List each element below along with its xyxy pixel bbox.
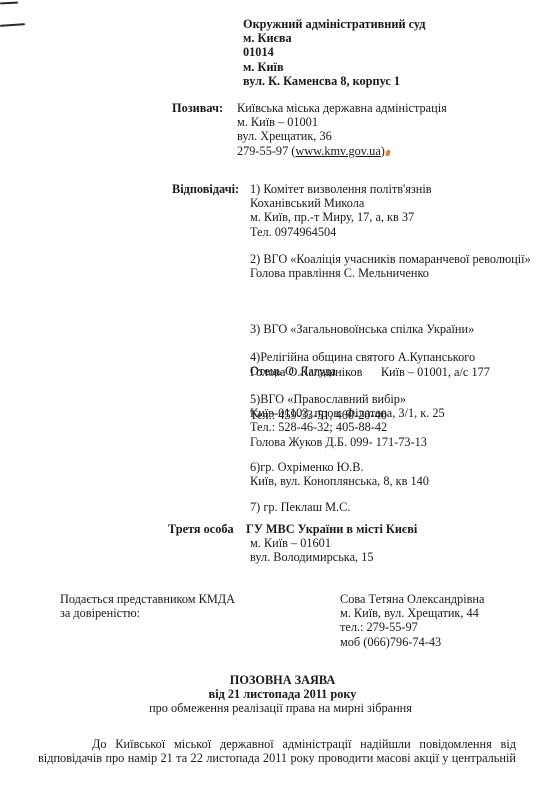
plaintiff-phone: 279-55-97 — [237, 144, 288, 158]
defendant-line: 3) ВГО «Загальновоїнська спілка України» — [250, 322, 490, 336]
court-name: Окружний адміністративний суд — [243, 17, 426, 31]
representative-note: за довіреністю: — [60, 606, 235, 620]
representative-phone: тел.: 279-55-97 — [340, 620, 484, 634]
defendant-line: Тел.: 528-46-32; 405-88-42 — [250, 420, 445, 434]
defendant-line: Київ-01103, пров. Філатова, 3/1, к. 25 — [250, 406, 445, 420]
representative-name: Сова Тетяна Олександрівна — [340, 592, 484, 606]
third-party-label: Третя особа — [168, 522, 234, 536]
third-party-line: вул. Володимирська, 15 — [250, 550, 417, 564]
court-city-line: м. Києва — [243, 31, 426, 45]
defendant-line: м. Київ, пр.-т Миру, 17, а, кв 37 — [250, 210, 432, 224]
court-city: м. Київ — [243, 60, 426, 74]
defendant-line: Голова правління С. Мельниченко — [250, 266, 531, 280]
plaintiff-line: вул. Хрещатик, 36 — [237, 129, 447, 143]
defendant-5: 5)ВГО «Православний вибір» Київ-01103, п… — [250, 392, 445, 449]
defendant-7: 7) гр. Пеклаш М.С. — [250, 500, 350, 514]
defendant-1: 1) Комітет визволення політв'язнів Кохан… — [250, 182, 432, 239]
pen-mark-top — [0, 2, 18, 5]
court-address: вул. К. Каменсва 8, корпус 1 — [243, 74, 426, 88]
defendant-4: 4)Релігійна община святого А.Купанського… — [250, 350, 475, 378]
document-subject: про обмеження реалізації права на мирні … — [0, 701, 553, 715]
defendant-line: 6)гр. Охріменко Ю.В. — [250, 460, 429, 474]
court-block: Окружний адміністративний суд м. Києва 0… — [243, 17, 426, 88]
plaintiff-line: м. Київ – 01001 — [237, 115, 447, 129]
plaintiff-line: Київська міська державна адміністрація — [237, 101, 447, 115]
representative-left: Подається представником КМДА за довірені… — [60, 592, 235, 620]
defendant-line: 5)ВГО «Православний вибір» — [250, 392, 445, 406]
plaintiff-contact: 279-55-97 (www.kmv.gov.ua) — [237, 144, 447, 158]
defendant-6: 6)гр. Охріменко Ю.В. Київ, вул. Коноплян… — [250, 460, 429, 488]
body-paragraph: До Київської міської державної адміністр… — [38, 737, 516, 765]
defendant-2: 2) ВГО «Коаліція учасників помаранчевої … — [250, 252, 531, 280]
defendants-label: Відповідачі: — [172, 182, 239, 196]
pen-mark-bottom — [0, 23, 25, 27]
defendant-line: Голова Жуков Д.Б. 099- 171-73-13 — [250, 435, 445, 449]
defendant-line: Коханівський Микола — [250, 196, 432, 210]
defendant-line: 4)Релігійна община святого А.Купанського — [250, 350, 475, 364]
representative-mobile: моб (066)796-74-43 — [340, 635, 484, 649]
document-date: від 21 листопада 2011 року — [0, 687, 553, 701]
defendant-line: Отець О. Лагуда — [250, 364, 475, 378]
plaintiff-label: Позивач: — [172, 101, 223, 115]
plaintiff-block: Київська міська державна адміністрація м… — [237, 101, 447, 158]
representative-note: Подається представником КМДА — [60, 592, 235, 606]
defendant-line: Київ, вул. Коноплянська, 8, кв 140 — [250, 474, 429, 488]
third-party-block: ГУ МВС України в місті Києві м. Київ – 0… — [250, 522, 417, 565]
defendant-line: 7) гр. Пеклаш М.С. — [250, 500, 350, 514]
document-title: ПОЗОВНА ЗАЯВА — [0, 673, 553, 687]
defendant-line: 1) Комітет визволення політв'язнів — [250, 182, 432, 196]
third-party-line: м. Київ – 01601 — [250, 536, 417, 550]
representative-right: Сова Тетяна Олександрівна м. Київ, вул. … — [340, 592, 484, 649]
defendant-line: 2) ВГО «Коаліція учасників помаранчевої … — [250, 252, 531, 266]
third-party-name: ГУ МВС України в місті Києві — [246, 522, 417, 536]
representative-address: м. Київ, вул. Хрещатик, 44 — [340, 606, 484, 620]
court-postal: 01014 — [243, 45, 426, 59]
defendant-line: Тел. 0974964504 — [250, 225, 432, 239]
plaintiff-website-link[interactable]: www.kmv.gov.ua — [295, 144, 380, 158]
